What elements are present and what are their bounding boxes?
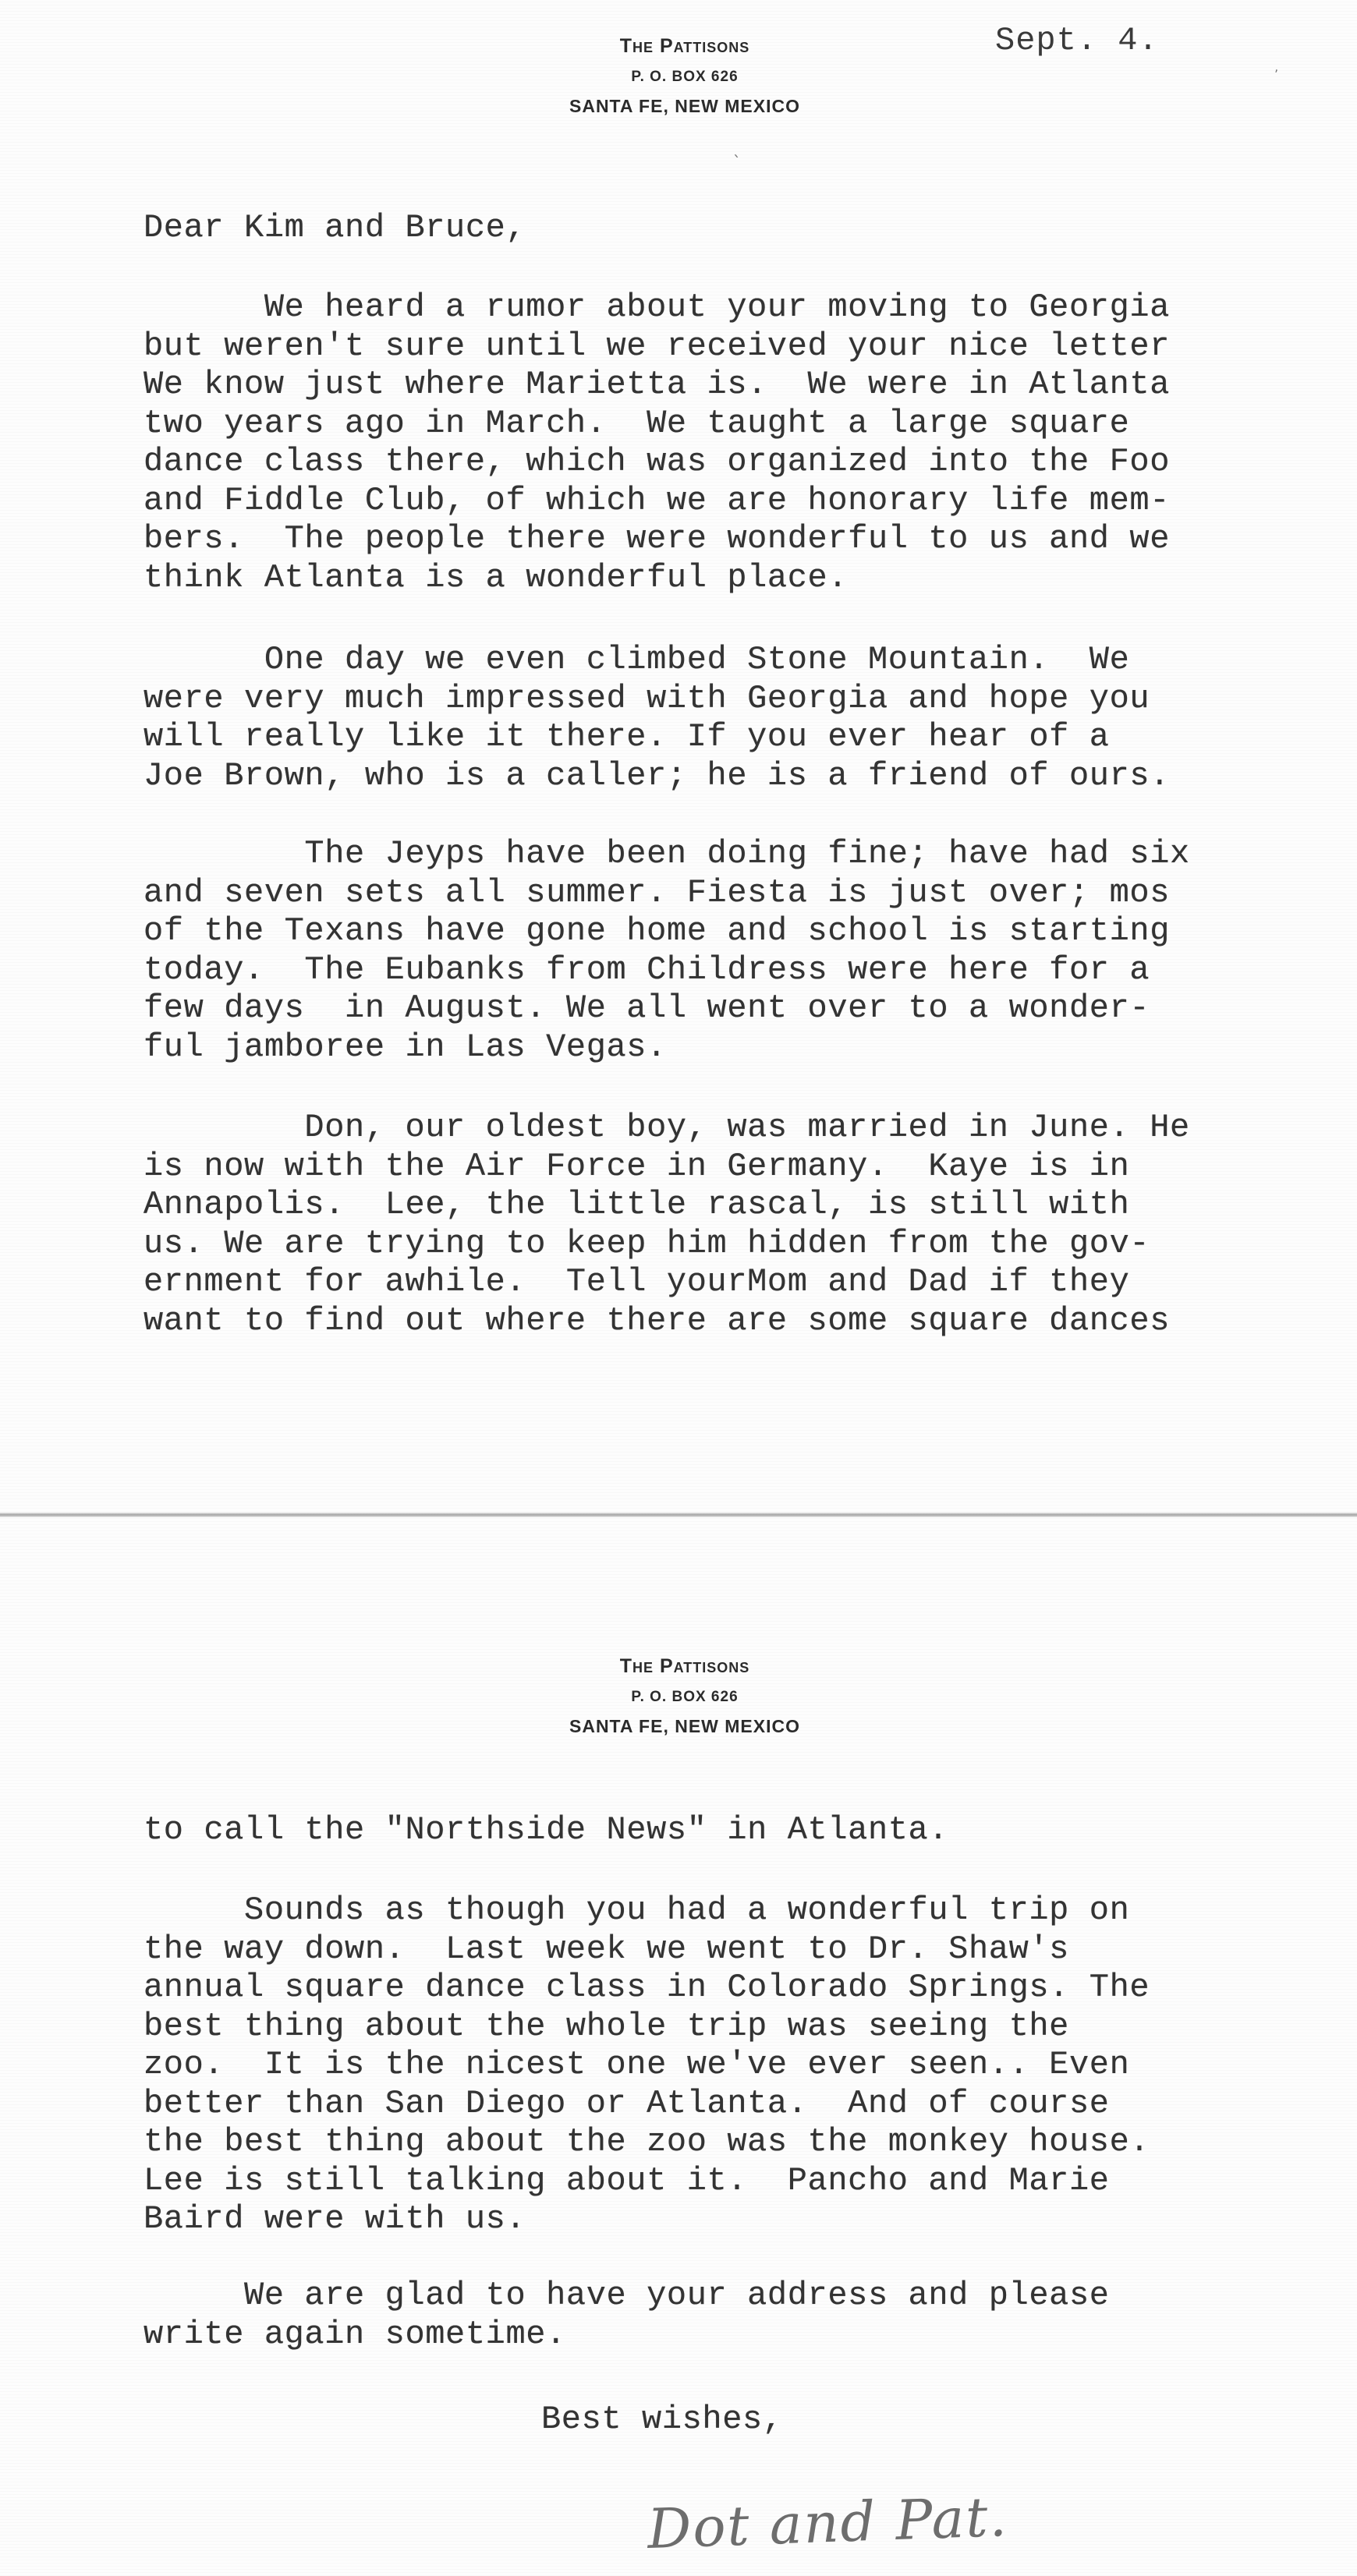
letterhead-page-1: The Pattisons P. O. BOX 626 SANTA FE, NE… bbox=[521, 34, 849, 117]
text-line: One day we even climbed Stone Mountain. … bbox=[143, 641, 1170, 680]
text-line: better than San Diego or Atlanta. And of… bbox=[143, 2085, 1150, 2124]
letter-date: Sept. 4. bbox=[995, 22, 1159, 59]
text-line: dance class there, which was organized i… bbox=[143, 443, 1170, 482]
text-line: We heard a rumor about your moving to Ge… bbox=[143, 288, 1170, 327]
text-line: were very much impressed with Georgia an… bbox=[143, 680, 1170, 719]
ink-mark: ʼ bbox=[1274, 67, 1278, 82]
text-line: today. The Eubanks from Childress were h… bbox=[143, 951, 1190, 990]
text-line: Annapolis. Lee, the little rascal, is st… bbox=[143, 1186, 1190, 1225]
page-divider bbox=[0, 1513, 1357, 1517]
closing: Best wishes, bbox=[541, 2401, 783, 2440]
paragraph: to call the "Northside News" in Atlanta. bbox=[143, 1811, 948, 1850]
text-line: ernment for awhile. Tell yourMom and Dad… bbox=[143, 1263, 1190, 1302]
text-line: bers. The people there were wonderful to… bbox=[143, 520, 1170, 559]
letterhead-city: SANTA FE, NEW MEXICO bbox=[521, 1715, 849, 1737]
salutation: Dear Kim and Bruce, bbox=[143, 209, 526, 248]
text-line: two years ago in March. We taught a larg… bbox=[143, 405, 1170, 444]
text-line: We know just where Marietta is. We were … bbox=[143, 366, 1170, 405]
text-line: want to find out where there are some sq… bbox=[143, 1302, 1190, 1341]
text-line: will really like it there. If you ever h… bbox=[143, 718, 1170, 757]
paragraph: We heard a rumor about your moving to Ge… bbox=[143, 288, 1170, 597]
text-line: and seven sets all summer. Fiesta is jus… bbox=[143, 874, 1190, 913]
handwritten-signature: Dot and Pat. bbox=[647, 2485, 1009, 2561]
text-line: The Jeyps have been doing fine; have had… bbox=[143, 835, 1190, 874]
text-line: the way down. Last week we went to Dr. S… bbox=[143, 1930, 1150, 1969]
letterhead-name: The Pattisons bbox=[521, 1654, 849, 1678]
text-line: best thing about the whole trip was seei… bbox=[143, 2008, 1150, 2047]
text-line: few days in August. We all went over to … bbox=[143, 989, 1190, 1028]
paragraph: We are glad to have your address and ple… bbox=[143, 2277, 1110, 2354]
paragraph: One day we even climbed Stone Mountain. … bbox=[143, 641, 1170, 795]
letterhead-page-2: The Pattisons P. O. BOX 626 SANTA FE, NE… bbox=[521, 1654, 849, 1737]
text-line: Baird were with us. bbox=[143, 2200, 1150, 2239]
letterhead-po-box: P. O. BOX 626 bbox=[521, 1687, 849, 1707]
text-line: zoo. It is the nicest one we've ever see… bbox=[143, 2046, 1150, 2085]
text-line: of the Texans have gone home and school … bbox=[143, 912, 1190, 951]
text-line: Joe Brown, who is a caller; he is a frie… bbox=[143, 757, 1170, 796]
ink-mark: ˎ bbox=[733, 139, 741, 157]
paragraph: Sounds as though you had a wonderful tri… bbox=[143, 1891, 1150, 2239]
text-line: is now with the Air Force in Germany. Ka… bbox=[143, 1148, 1190, 1187]
text-line: write again sometime. bbox=[143, 2316, 1110, 2355]
text-line: Lee is still talking about it. Pancho an… bbox=[143, 2162, 1150, 2201]
paragraph: The Jeyps have been doing fine; have had… bbox=[143, 835, 1190, 1067]
text-line: Don, our oldest boy, was married in June… bbox=[143, 1109, 1190, 1148]
text-line: the best thing about the zoo was the mon… bbox=[143, 2123, 1150, 2162]
text-line: We are glad to have your address and ple… bbox=[143, 2277, 1110, 2316]
text-line: us. We are trying to keep him hidden fro… bbox=[143, 1225, 1190, 1264]
text-line: think Atlanta is a wonderful place. bbox=[143, 559, 1170, 598]
text-line: but weren't sure until we received your … bbox=[143, 327, 1170, 366]
letterhead-city: SANTA FE, NEW MEXICO bbox=[521, 95, 849, 117]
letterhead-name: The Pattisons bbox=[521, 34, 849, 58]
text-line: Sounds as though you had a wonderful tri… bbox=[143, 1891, 1150, 1930]
text-line: ful jamboree in Las Vegas. bbox=[143, 1028, 1190, 1067]
letterhead-po-box: P. O. BOX 626 bbox=[521, 67, 849, 87]
text-line: to call the "Northside News" in Atlanta. bbox=[143, 1811, 948, 1850]
text-line: annual square dance class in Colorado Sp… bbox=[143, 1969, 1150, 2008]
paragraph: Don, our oldest boy, was married in June… bbox=[143, 1109, 1190, 1340]
text-line: and Fiddle Club, of which we are honorar… bbox=[143, 482, 1170, 521]
